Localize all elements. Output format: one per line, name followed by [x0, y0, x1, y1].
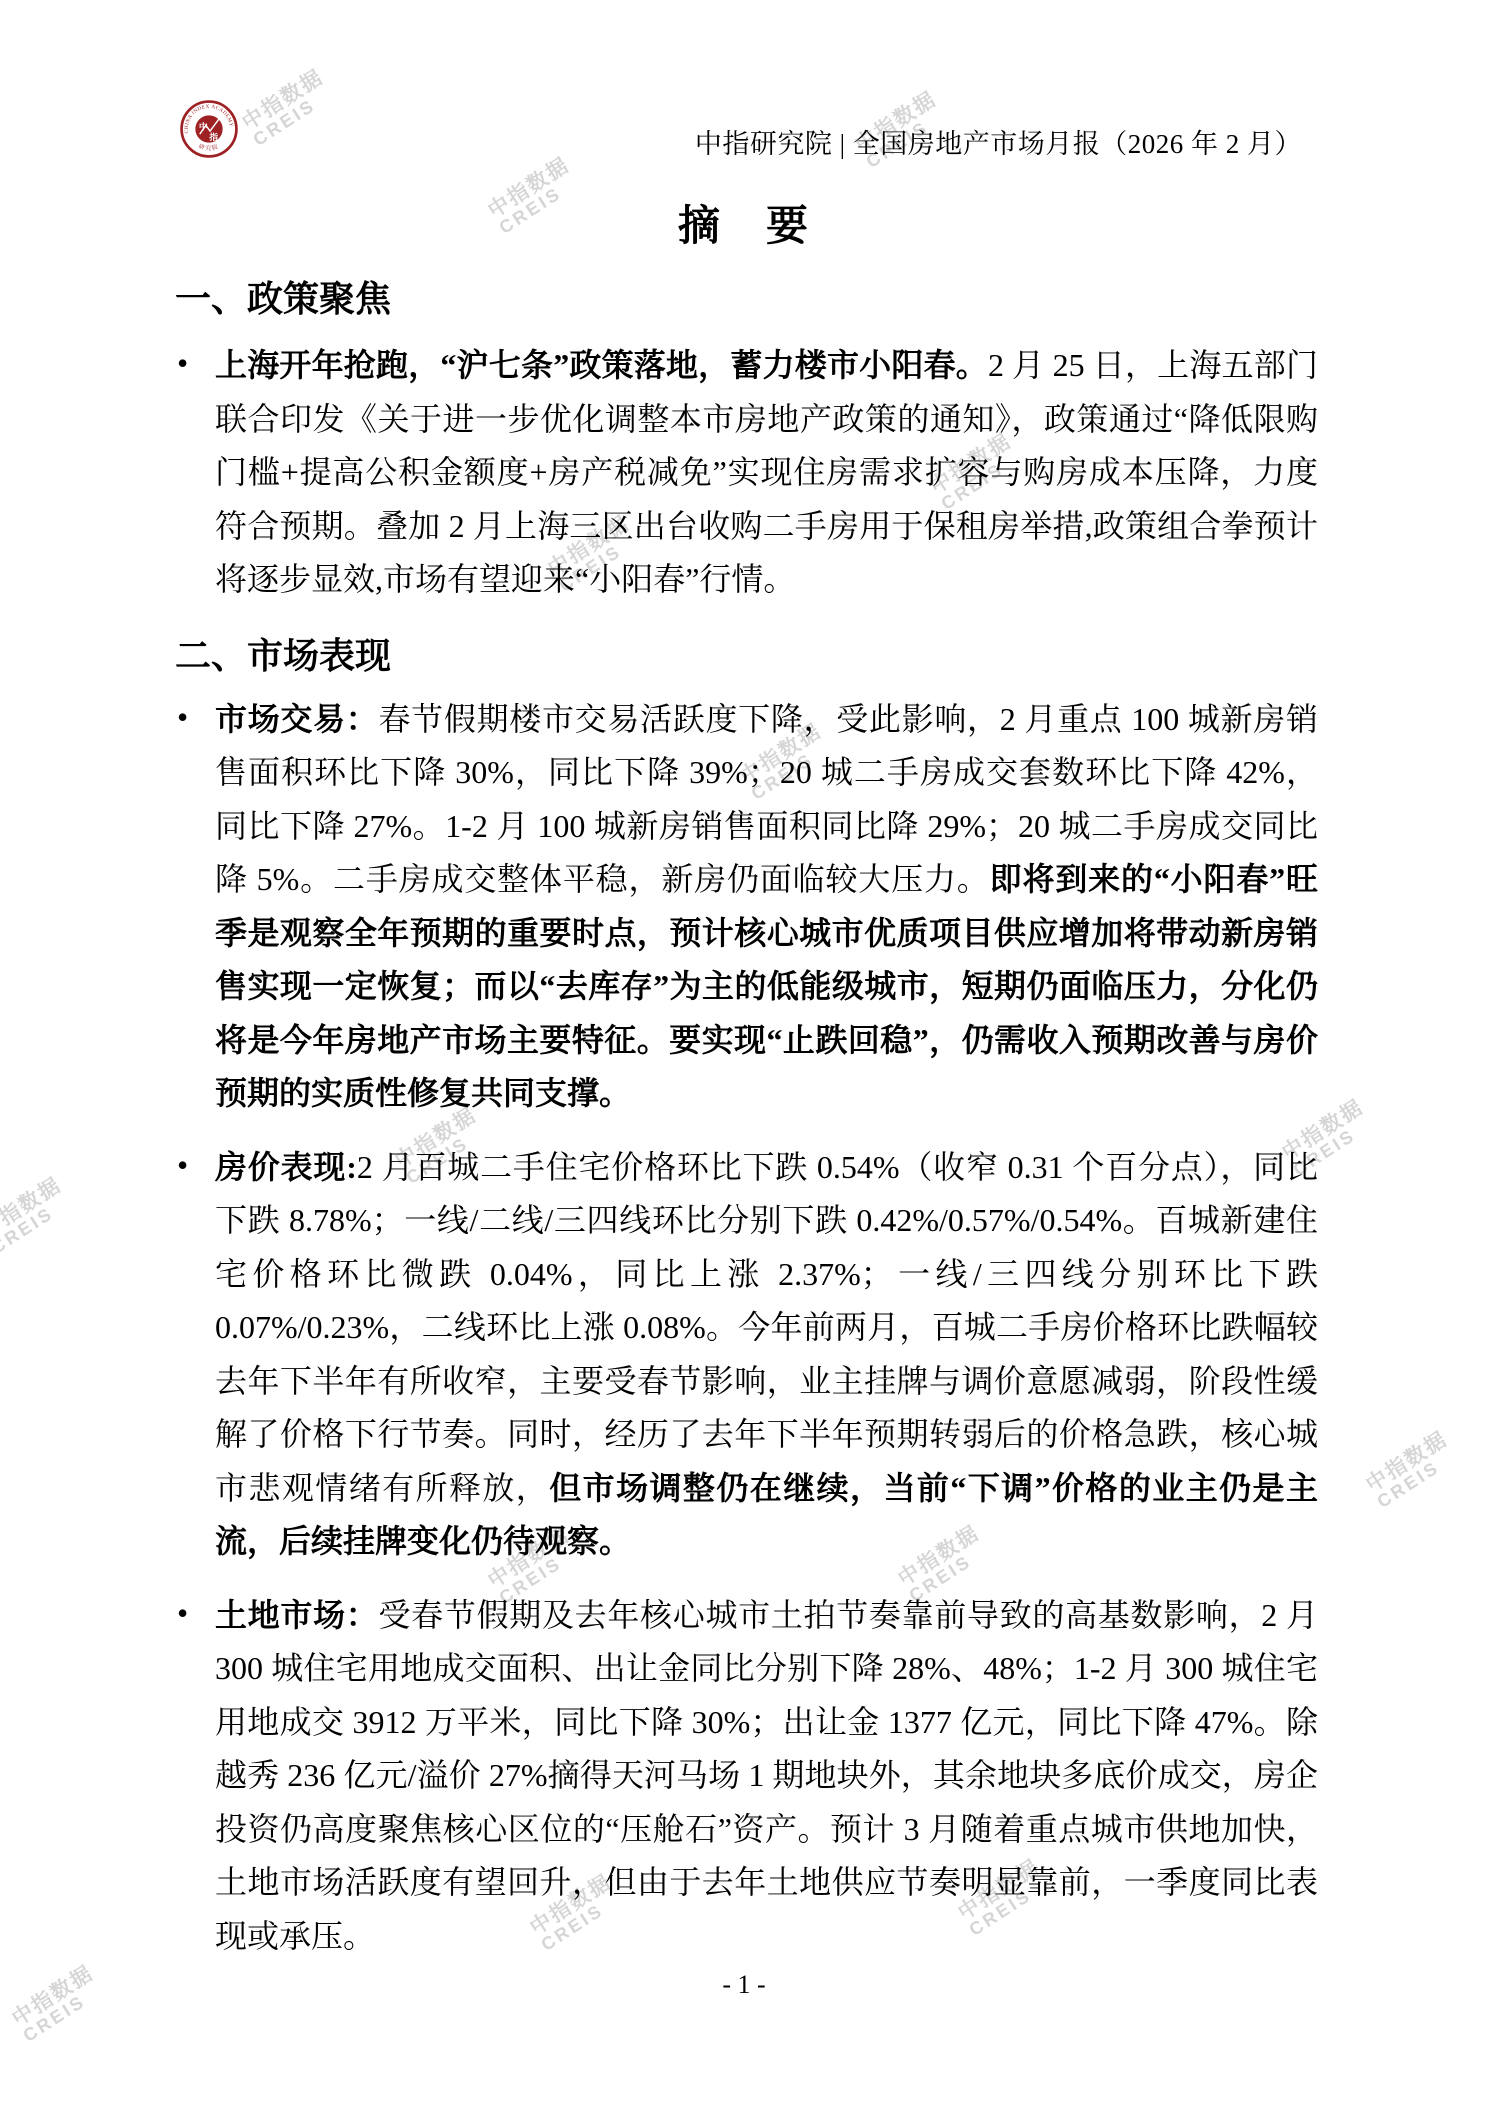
watermark-cn-text: 中指数据 [0, 1174, 65, 1242]
section-2-heading: 二、市场表现 [175, 633, 1488, 679]
logo-bottom-text: 研究院 [198, 142, 221, 152]
bullet-icon: • [177, 337, 188, 391]
watermark-cn-text: 中指数据 [1363, 1428, 1452, 1496]
page-number: - 1 - [722, 1970, 765, 1999]
watermark-en-text: CREIS [0, 1192, 75, 1258]
bullet-paragraph: 市场交易：春节假期楼市交易活跃度下降，受此影响，2 月重点 100 城新房销售面… [215, 701, 1318, 1112]
creis-watermark: 中指数据CREIS [0, 1174, 75, 1257]
housing-price-bullet: • 房价表现:2 月百城二手住宅价格环比下跌 0.54%（收窄 0.31 个百分… [215, 1141, 1318, 1569]
page-title: 摘 要 [0, 198, 1488, 254]
bullet-text: 2 月百城二手住宅价格环比下跌 0.54%（收窄 0.31 个百分点），同比下跌… [215, 1149, 1318, 1506]
creis-watermark: 中指数据CREIS [1363, 1428, 1462, 1511]
creis-watermark: 中指数据CREIS [239, 66, 338, 149]
bullet-text-bold: 房价表现: [215, 1149, 357, 1185]
section-1-heading: 一、政策聚焦 [175, 276, 1488, 322]
watermark-cn-text: 中指数据 [239, 66, 328, 134]
market-transactions-bullet: • 市场交易：春节假期楼市交易活跃度下降，受此影响，2 月重点 100 城新房销… [215, 693, 1318, 1121]
bullet-icon: • [177, 691, 188, 745]
bullet-icon: • [177, 1139, 188, 1193]
bullet-icon: • [177, 1587, 188, 1641]
land-market-bullet: • 土地市场：受春节假期及去年核心城市土拍节奏靠前导致的高基数影响，2 月 30… [215, 1589, 1318, 1964]
document-page: 中指数据CREIS中指数据CREIS中指数据CREIS中指数据CREIS中指数据… [0, 0, 1488, 2104]
watermark-en-text: CREIS [1374, 1446, 1461, 1512]
bullet-paragraph: 上海开年抢跑，“沪七条”政策落地，蓄力楼市小阳春。2 月 25 日，上海五部门联… [215, 347, 1318, 597]
bullet-text: 2 月 25 日，上海五部门联合印发《关于进一步优化调整本市房地产政策的通知》，… [215, 347, 1318, 597]
policy-bullet: • 上海开年抢跑，“沪七条”政策落地，蓄力楼市小阳春。2 月 25 日，上海五部… [215, 339, 1318, 607]
report-header-title: 中指研究院 | 全国房地产市场月报（2026 年 2 月） [695, 122, 1302, 161]
bullet-text-bold: 市场交易： [215, 701, 378, 737]
watermark-en-text: CREIS [250, 84, 337, 150]
bullet-text-bold: 土地市场： [215, 1597, 378, 1633]
bullet-text-bold: 上海开年抢跑，“沪七条”政策落地，蓄力楼市小阳春。 [215, 347, 988, 383]
bullet-text: 受春节假期及去年核心城市土拍节奏靠前导致的高基数影响，2 月 300 城住宅用地… [215, 1597, 1318, 1954]
bullet-text-bold: 即将到来的“小阳春”旺季是观察全年预期的重要时点，预计核心城市优质项目供应增加将… [215, 861, 1318, 1111]
page-footer: - 1 - [0, 1967, 1488, 2003]
cia-seal-icon: CHINA INDEX ACADEMY 研究院 中 指 [179, 99, 239, 159]
logo-center-char-2: 指 [209, 131, 218, 142]
bullet-paragraph: 土地市场：受春节假期及去年核心城市土拍节奏靠前导致的高基数影响，2 月 300 … [215, 1597, 1318, 1954]
bullet-paragraph: 房价表现:2 月百城二手住宅价格环比下跌 0.54%（收窄 0.31 个百分点）… [215, 1149, 1318, 1560]
cia-logo: CHINA INDEX ACADEMY 研究院 中 指 [179, 99, 239, 159]
logo-center-char-1: 中 [199, 121, 208, 132]
